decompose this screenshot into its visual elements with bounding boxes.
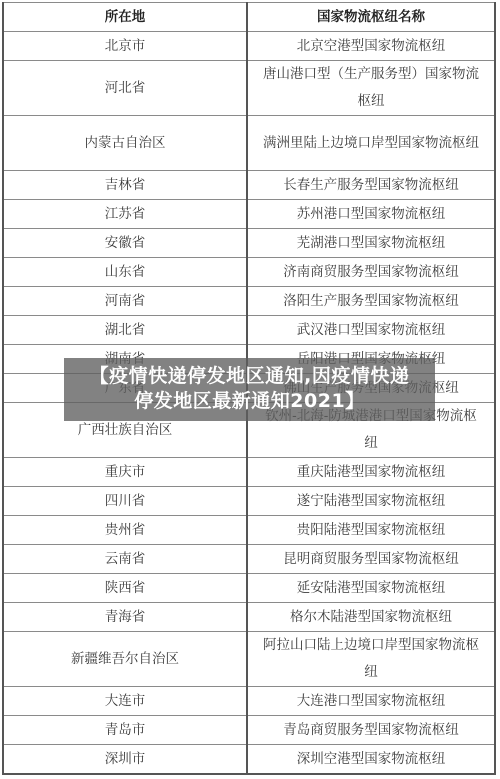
cell-hub: 长春生产服务型国家物流枢纽: [247, 171, 495, 200]
cell-hub: 延安陆港型国家物流枢纽: [247, 574, 495, 603]
table-row: 大连市 大连港口型国家物流枢纽: [3, 687, 495, 716]
table-row: 江苏省 苏州港口型国家物流枢纽: [3, 200, 495, 229]
table-row: 吉林省 长春生产服务型国家物流枢纽: [3, 171, 495, 200]
cell-location: 内蒙古自治区: [3, 116, 247, 171]
table-row: 四川省 遂宁陆港型国家物流枢纽: [3, 487, 495, 516]
table-row: 贵州省 贵阳陆港型国家物流枢纽: [3, 516, 495, 545]
table-row: 青海省 格尔木陆港型国家物流枢纽: [3, 603, 495, 632]
cell-hub: 武汉港口型国家物流枢纽: [247, 316, 495, 345]
cell-hub: 苏州港口型国家物流枢纽: [247, 200, 495, 229]
cell-location: 四川省: [3, 487, 247, 516]
cell-hub: 唐山港口型（生产服务型）国家物流枢纽: [247, 61, 495, 116]
cell-location: 陕西省: [3, 574, 247, 603]
table-row: 陕西省 延安陆港型国家物流枢纽: [3, 574, 495, 603]
cell-hub: 青岛商贸服务型国家物流枢纽: [247, 716, 495, 745]
cell-hub: 芜湖港口型国家物流枢纽: [247, 229, 495, 258]
cell-location: 新疆维吾尔自治区: [3, 632, 247, 687]
cell-hub: 深圳空港型国家物流枢纽: [247, 745, 495, 775]
table-row: 深圳市 深圳空港型国家物流枢纽: [3, 745, 495, 775]
cell-hub: 满洲里陆上边境口岸型国家物流枢纽: [247, 116, 495, 171]
table-row: 青岛市 青岛商贸服务型国家物流枢纽: [3, 716, 495, 745]
table-row: 内蒙古自治区 满洲里陆上边境口岸型国家物流枢纽: [3, 116, 495, 171]
cell-location: 山东省: [3, 258, 247, 287]
table-row: 重庆市 重庆陆港型国家物流枢纽: [3, 458, 495, 487]
cell-hub: 重庆陆港型国家物流枢纽: [247, 458, 495, 487]
table-row: 安徽省 芜湖港口型国家物流枢纽: [3, 229, 495, 258]
cell-location: 大连市: [3, 687, 247, 716]
cell-hub: 贵阳陆港型国家物流枢纽: [247, 516, 495, 545]
cell-hub: 阿拉山口陆上边境口岸型国家物流枢纽: [247, 632, 495, 687]
cell-location: 江苏省: [3, 200, 247, 229]
cell-location: 贵州省: [3, 516, 247, 545]
cell-location: 湖北省: [3, 316, 247, 345]
cell-hub: 北京空港型国家物流枢纽: [247, 32, 495, 61]
table-row: 湖北省 武汉港口型国家物流枢纽: [3, 316, 495, 345]
banner-title-line-2: 停发地区最新通知2021】: [64, 389, 435, 414]
cell-location: 北京市: [3, 32, 247, 61]
banner-title-line-1: 【疫情快递停发地区通知,因疫情快递: [64, 364, 435, 389]
table-row: 河南省 洛阳生产服务型国家物流枢纽: [3, 287, 495, 316]
table-row: 山东省 济南商贸服务型国家物流枢纽: [3, 258, 495, 287]
cell-hub: 大连港口型国家物流枢纽: [247, 687, 495, 716]
cell-hub: 洛阳生产服务型国家物流枢纽: [247, 287, 495, 316]
title-overlay-banner: 【疫情快递停发地区通知,因疫情快递 停发地区最新通知2021】: [64, 358, 435, 421]
table-row: 新疆维吾尔自治区 阿拉山口陆上边境口岸型国家物流枢纽: [3, 632, 495, 687]
cell-hub: 格尔木陆港型国家物流枢纽: [247, 603, 495, 632]
cell-location: 河北省: [3, 61, 247, 116]
cell-location: 吉林省: [3, 171, 247, 200]
cell-location: 河南省: [3, 287, 247, 316]
cell-hub: 济南商贸服务型国家物流枢纽: [247, 258, 495, 287]
table-header-row: 所在地 国家物流枢纽名称: [3, 3, 495, 32]
table-row: 北京市 北京空港型国家物流枢纽: [3, 32, 495, 61]
header-location: 所在地: [3, 3, 247, 32]
header-hub-name: 国家物流枢纽名称: [247, 3, 495, 32]
cell-location: 青岛市: [3, 716, 247, 745]
cell-location: 深圳市: [3, 745, 247, 775]
cell-location: 安徽省: [3, 229, 247, 258]
cell-location: 云南省: [3, 545, 247, 574]
table-row: 云南省 昆明商贸服务型国家物流枢纽: [3, 545, 495, 574]
cell-location: 青海省: [3, 603, 247, 632]
cell-hub: 昆明商贸服务型国家物流枢纽: [247, 545, 495, 574]
cell-hub: 遂宁陆港型国家物流枢纽: [247, 487, 495, 516]
cell-location: 重庆市: [3, 458, 247, 487]
table-row: 河北省 唐山港口型（生产服务型）国家物流枢纽: [3, 61, 495, 116]
